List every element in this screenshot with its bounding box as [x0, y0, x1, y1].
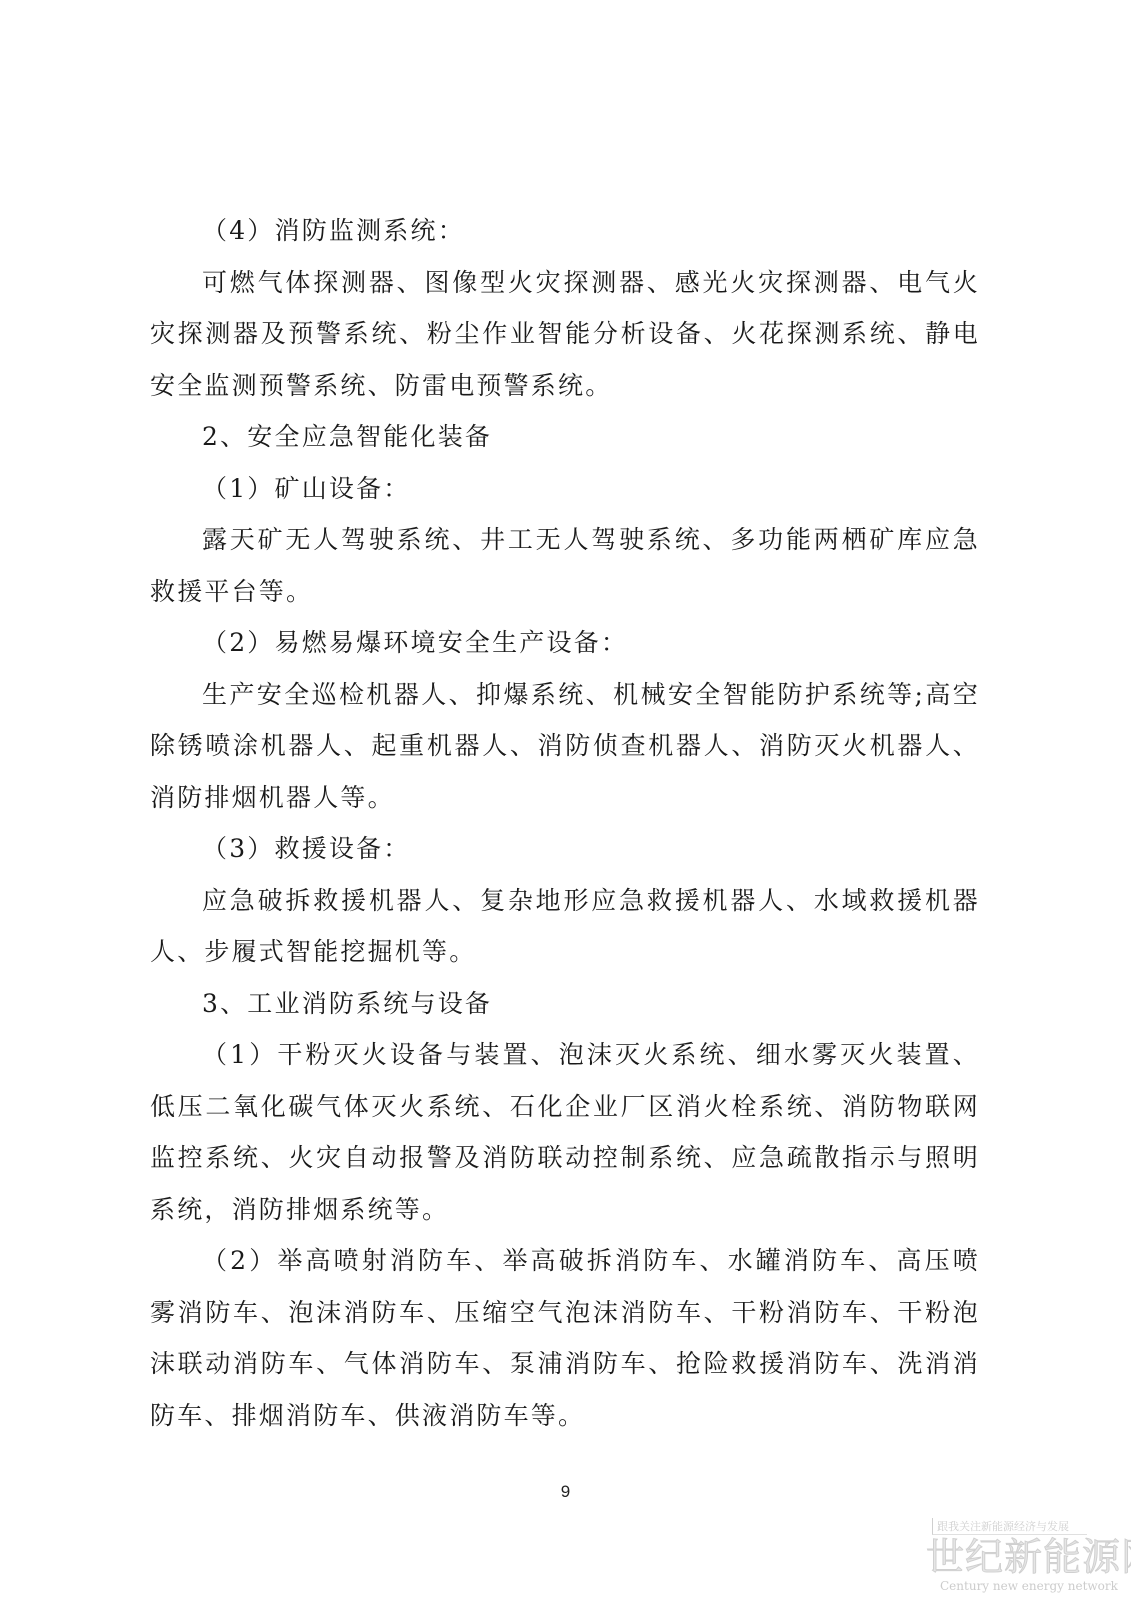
paragraph-fire-monitoring-items: 可燃气体探测器、图像型火灾探测器、感光火灾探测器、电气火灾探测器及预警系统、粉尘…: [150, 257, 980, 412]
watermark-tagline: 跟我关注新能源经济与发展: [932, 1518, 1087, 1535]
document-page: （4）消防监测系统： 可燃气体探测器、图像型火灾探测器、感光火灾探测器、电气火灾…: [150, 205, 980, 1441]
subheading-rescue-equipment: （3）救援设备：: [150, 823, 980, 875]
watermark-english: Century new energy network: [926, 1579, 1131, 1593]
watermark-name: 世纪新能源网: [926, 1535, 1131, 1579]
watermark-logo: 跟我关注新能源经济与发展 世纪新能源网 Century new energy n…: [926, 1518, 1131, 1593]
paragraph-mining-items: 露天矿无人驾驶系统、井工无人驾驶系统、多功能两栖矿库应急救援平台等。: [150, 514, 980, 617]
page-number: 9: [0, 1482, 1131, 1502]
paragraph-fire-systems-items: （1）干粉灭火设备与装置、泡沫灭火系统、细水雾灭火装置、低压二氧化碳气体灭火系统…: [150, 1029, 980, 1235]
paragraph-fire-trucks-items: （2）举高喷射消防车、举高破拆消防车、水罐消防车、高压喷雾消防车、泡沫消防车、压…: [150, 1235, 980, 1441]
heading-safety-emergency-equipment: 2、安全应急智能化装备: [150, 411, 980, 463]
subheading-fire-monitoring: （4）消防监测系统：: [150, 205, 980, 257]
subheading-mining-equipment: （1）矿山设备：: [150, 463, 980, 515]
paragraph-flammable-env-items: 生产安全巡检机器人、抑爆系统、机械安全智能防护系统等;高空除锈喷涂机器人、起重机…: [150, 669, 980, 824]
heading-industrial-fire-systems: 3、工业消防系统与设备: [150, 978, 980, 1030]
paragraph-rescue-items: 应急破拆救援机器人、复杂地形应急救援机器人、水域救援机器人、步履式智能挖掘机等。: [150, 875, 980, 978]
subheading-flammable-env-equipment: （2）易燃易爆环境安全生产设备：: [150, 617, 980, 669]
